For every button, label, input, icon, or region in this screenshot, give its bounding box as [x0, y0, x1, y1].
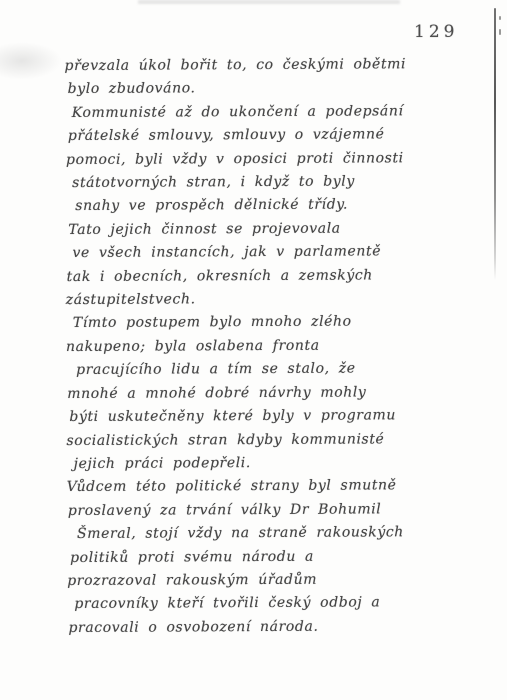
handwritten-line: pracovníky kteří tvořili český odboj a [74, 591, 459, 616]
handwritten-line: bylo zbudováno. [68, 76, 457, 101]
handwritten-line: státotvorných stran, i když to byly [72, 170, 457, 195]
handwritten-line: býti uskutečněny které byly v programu [69, 404, 458, 429]
handwritten-line: pracujícího lidu a tím se stalo, že [76, 357, 458, 382]
handwritten-line: jejich práci podepřeli. [74, 451, 459, 476]
scan-artifact-left-smudge [0, 42, 62, 80]
scan-artifact-top-band [138, 0, 400, 4]
handwritten-line: Vůdcem této politické strany byl smutně [67, 474, 459, 499]
scanned-document-page: 129 převzala úkol bořit to, co českými o… [0, 0, 507, 700]
handwritten-line: snahy ve prospěch dělnické třídy. [75, 193, 457, 218]
page-number-stamp: 129 [414, 22, 458, 42]
handwritten-line: zástupitelstvech. [66, 287, 458, 312]
scan-artifact-speck [499, 16, 501, 20]
handwritten-line: Tato jejich činnost se projevovala [68, 217, 457, 242]
scan-artifact-speck [499, 29, 501, 35]
handwritten-line: prozrazoval rakouským úřadům [67, 568, 459, 593]
handwritten-line: pomoci, byli vždy v oposici proti činnos… [66, 147, 457, 172]
handwritten-text: převzala úkol bořit to, co českými obětm… [64, 53, 459, 640]
handwritten-line: proslavený za trvání války Dr Bohumil [68, 498, 459, 523]
handwritten-line: politiků proti svému národu a [70, 545, 459, 570]
handwritten-line: mnohé a mnohé dobré návrhy mohly [67, 381, 458, 406]
handwritten-line: Kommunisté až do ukončení a podepsání [72, 100, 457, 125]
handwritten-line: Šmeral, stojí vždy na straně rakouských [77, 521, 459, 546]
handwritten-line: nakupeno; byla oslabena fronta [66, 334, 458, 359]
handwritten-line: tak i obecních, okresních a zemských [67, 264, 458, 289]
handwritten-line: socialistických stran kdyby kommunisté [66, 427, 458, 452]
handwritten-line: přátelské smlouvy, smlouvy o vzájemné [68, 123, 457, 148]
handwritten-line: převzala úkol bořit to, co českými obětm… [64, 53, 456, 78]
handwritten-line: pracovali o osvobození národa. [68, 615, 459, 640]
handwritten-line: Tímto postupem bylo mnoho zlého [73, 310, 458, 335]
scan-artifact-binding-line [494, 8, 496, 280]
handwritten-line: ve všech instancích, jak v parlamentě [72, 240, 457, 265]
